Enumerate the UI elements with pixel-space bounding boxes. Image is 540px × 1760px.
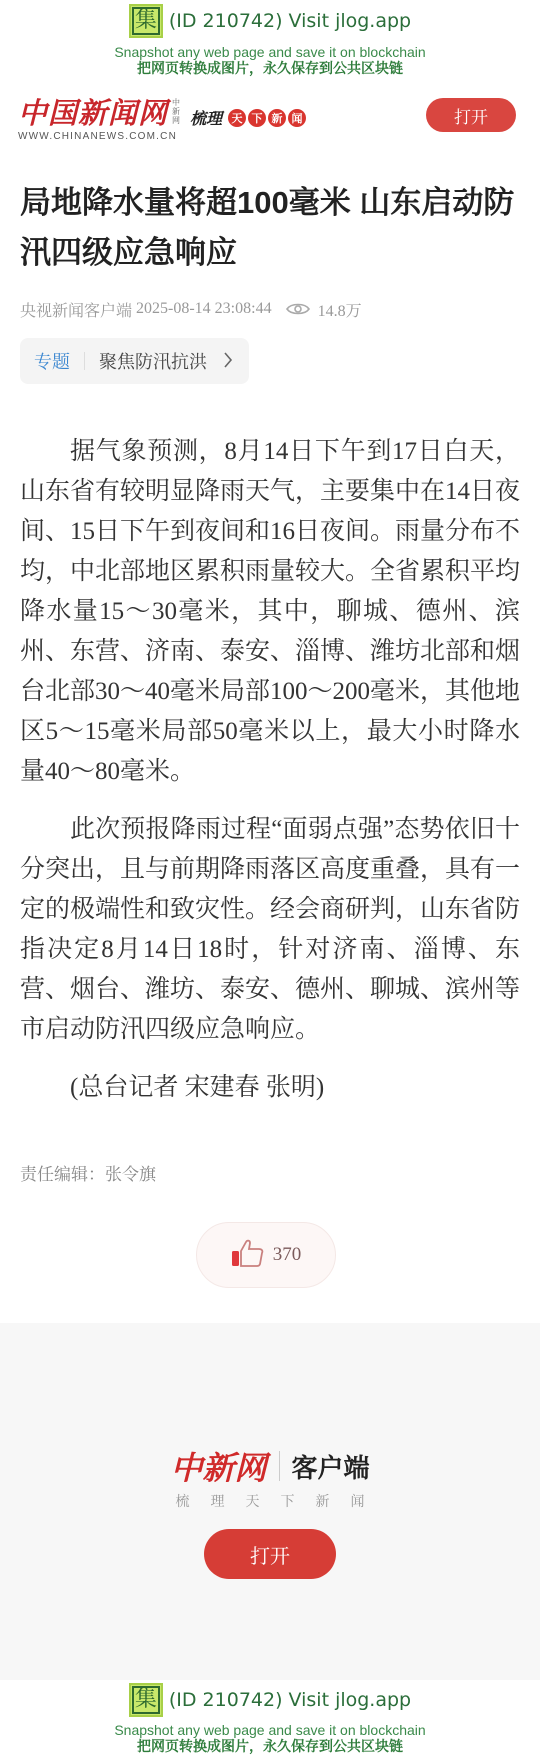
like-count: 370 (273, 1244, 302, 1266)
jlog-title[interactable]: (ID 210742) Visit jlog.app (169, 10, 411, 32)
promo-divider (279, 1451, 280, 1481)
jlog-logo-icon: 集 (129, 4, 163, 38)
promo-open-button[interactable]: 打开 (204, 1529, 336, 1579)
topic-tag: 专题 (34, 348, 70, 374)
article-headline: 局地降水量将超100毫米 山东启动防汛四级应急响应 (20, 178, 520, 278)
logo-mini: 中 新 网 (172, 98, 180, 125)
logo-url: WWW.CHINANEWS.COM.CN (18, 131, 180, 142)
article-header: 局地降水量将超100毫米 山东启动防汛四级应急响应 央视新闻客户端 2025-0… (20, 178, 520, 384)
promo-client-label: 客户端 (292, 1448, 370, 1485)
chevron-right-icon (223, 348, 233, 374)
header-slogan: 梳理 天 下 新 闻 (190, 106, 306, 129)
jlog-banner-bottom: 集 (ID 210742) Visit jlog.app Snapshot an… (0, 1680, 540, 1760)
jlog-subtitle-cn: 把网页转换成图片，永久保存到公共区块链 (0, 1738, 540, 1755)
promo-brand: 中新网 客户端 (0, 1443, 540, 1489)
like-button[interactable]: 370 (196, 1222, 336, 1288)
article-source: 央视新闻客户端 (20, 298, 132, 321)
logo-text: 中国新闻网 (18, 96, 168, 130)
app-promo: 中新网 客户端 梳理天下新闻 打开 (0, 1323, 540, 1680)
jlog-subtitle-cn: 把网页转换成图片，永久保存到公共区块链 (0, 60, 540, 77)
topic-divider (84, 352, 85, 370)
article-meta: 央视新闻客户端 2025-08-14 23:08:44 14.8万 (20, 298, 520, 320)
jlog-logo-icon: 集 (129, 1683, 163, 1717)
article-views: 14.8万 (318, 298, 362, 321)
topic-name: 聚焦防汛抗洪 (99, 348, 207, 374)
topic-link[interactable]: 专题 聚焦防汛抗洪 (20, 338, 249, 384)
chinanews-logo[interactable]: 中国新闻网 中 新 网 WWW.CHINANEWS.COM.CN (18, 96, 180, 142)
article-paragraph: 此次预报降雨过程“面弱点强”态势依旧十分突出，且与前期降雨落区高度重叠，具有一定… (20, 810, 520, 1050)
article-editor: 责任编辑：张令旗 (20, 1160, 156, 1185)
thumbs-up-icon (231, 1238, 265, 1273)
site-header: 中国新闻网 中 新 网 WWW.CHINANEWS.COM.CN 梳理 天 下 … (0, 92, 540, 152)
article-byline: (总台记者 宋建春 张明) (20, 1068, 520, 1108)
jlog-title[interactable]: (ID 210742) Visit jlog.app (169, 1689, 411, 1711)
promo-tagline: 梳理天下新闻 (0, 1491, 540, 1511)
article-datetime: 2025-08-14 23:08:44 (136, 300, 272, 318)
jlog-subtitle-en: Snapshot any web page and save it on blo… (0, 1722, 540, 1738)
jlog-subtitle-en: Snapshot any web page and save it on blo… (0, 44, 540, 60)
eye-icon (286, 301, 310, 317)
promo-logo: 中新网 (170, 1443, 266, 1489)
article-paragraph: 据气象预测，8月14日下午到17日白天，山东省有较明显降雨天气，主要集中在14日… (20, 432, 520, 792)
jlog-banner-top: 集 (ID 210742) Visit jlog.app Snapshot an… (0, 0, 540, 77)
open-app-button[interactable]: 打开 (426, 98, 516, 132)
article-body: 据气象预测，8月14日下午到17日白天，山东省有较明显降雨天气，主要集中在14日… (20, 432, 520, 1108)
